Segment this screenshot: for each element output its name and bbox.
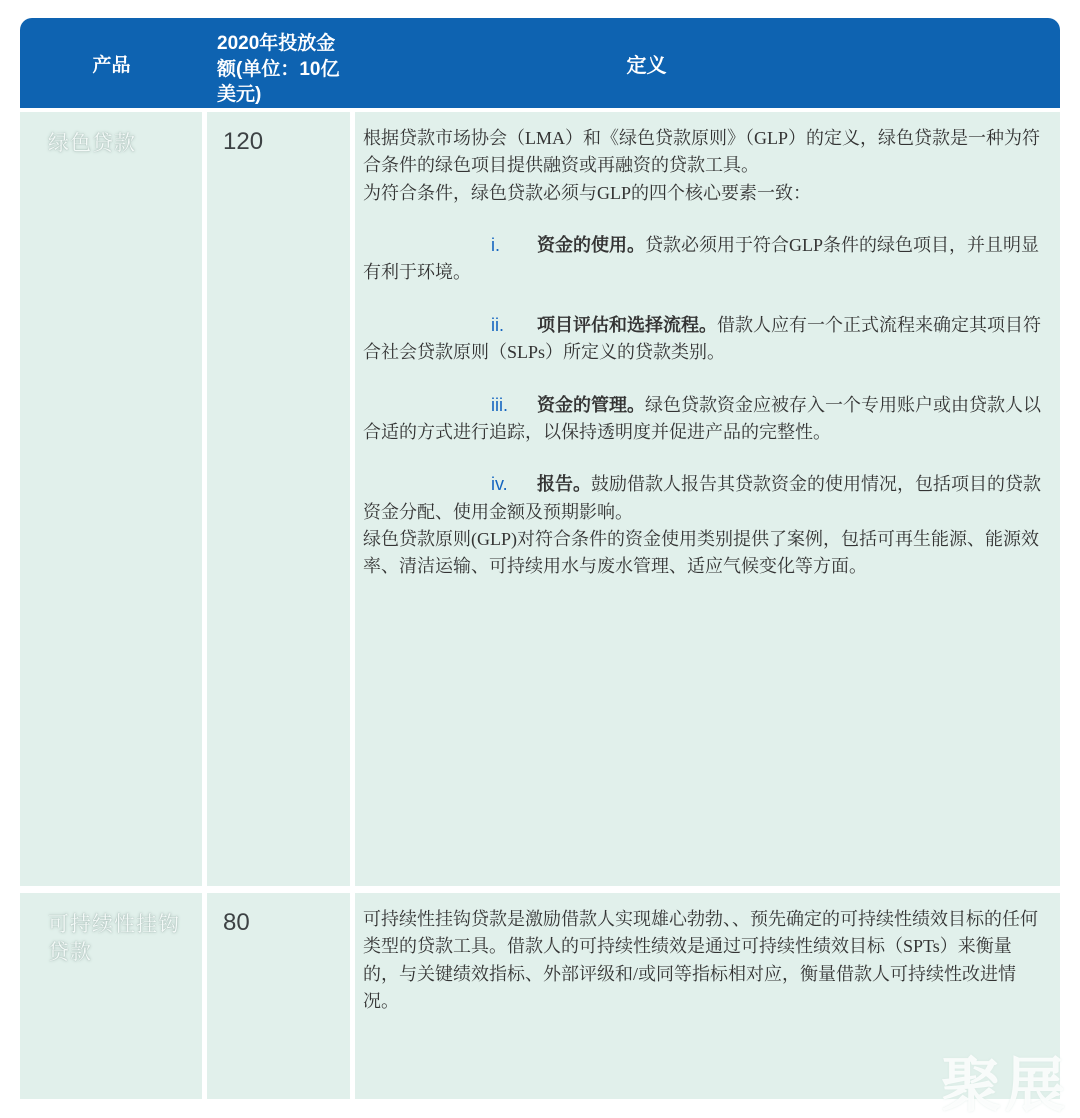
list-item: ii.项目评估和选择流程。借款人应有一个正式流程来确定其项目符合社会贷款原则（S… (363, 312, 1046, 367)
table-row-sustainability-linked-loan: 可持续性挂钩贷款 80 可持续性挂钩贷款是激励借款人实现雄心勃勃、、预先确定的可… (20, 893, 1060, 1099)
document: 产品 2020年投放金额(单位：10亿美元) 定义 绿色贷款 120 根据贷款市… (0, 0, 1080, 1118)
loan-products-table: 产品 2020年投放金额(单位：10亿美元) 定义 绿色贷款 120 根据贷款市… (20, 18, 1060, 1099)
amount-value: 80 (207, 893, 350, 1099)
list-item: iv.报告。鼓励借款人报告其贷款资金的使用情况，包括项目的贷款资金分配、使用金额… (363, 471, 1046, 526)
list-term: 资金的管理。 (537, 395, 645, 415)
definition-cell: 可持续性挂钩贷款是激励借款人实现雄心勃勃、、预先确定的可持续性绩效目标的任何类型… (355, 893, 1060, 1099)
header-cell-product: 产品 (20, 18, 203, 108)
amount-value: 120 (207, 112, 350, 886)
list-numeral: iii. (491, 392, 537, 419)
table-row-green-loan: 绿色贷款 120 根据贷款市场协会（LMA）和《绿色贷款原则》（GLP）的定义，… (20, 112, 1060, 886)
list-numeral: i. (491, 232, 537, 259)
definition-paragraph: 绿色贷款原则(GLP)对符合条件的资金使用类别提供了案例，包括可再生能源、能源效… (363, 526, 1046, 581)
list-item: i.资金的使用。贷款必须用于符合GLP条件的绿色项目，并且明显有利于环境。 (363, 232, 1046, 287)
table-header-row: 产品 2020年投放金额(单位：10亿美元) 定义 (20, 18, 1060, 108)
definition-paragraph: 可持续性挂钩贷款是激励借款人实现雄心勃勃、、预先确定的可持续性绩效目标的任何类型… (363, 906, 1046, 1015)
list-text: 贷款必须用于符合GLP条件的绿色项目，并且明显有利于环境。 (363, 235, 1039, 282)
product-name: 可持续性挂钩贷款 (20, 893, 202, 1099)
definition-paragraph: 为符合条件，绿色贷款必须与GLP的四个核心要素一致： (363, 180, 1046, 207)
list-numeral: ii. (491, 312, 537, 339)
list-term: 报告。 (537, 474, 591, 494)
list-text: 绿色贷款资金应被存入一个专用账户或由贷款人以合适的方式进行追踪，以保持透明度并促… (363, 395, 1041, 442)
definition-cell: 根据贷款市场协会（LMA）和《绿色贷款原则》（GLP）的定义，绿色贷款是一种为符… (355, 112, 1060, 886)
header-cell-amount: 2020年投放金额(单位：10亿美元) (203, 18, 353, 108)
list-term: 项目评估和选择流程。 (537, 315, 717, 335)
product-name: 绿色贷款 (20, 112, 202, 886)
list-text: 鼓励借款人报告其贷款资金的使用情况，包括项目的贷款资金分配、使用金额及预期影响。 (363, 474, 1041, 521)
list-term: 资金的使用。 (537, 235, 645, 255)
list-numeral: iv. (491, 471, 537, 498)
list-item: iii.资金的管理。绿色贷款资金应被存入一个专用账户或由贷款人以合适的方式进行追… (363, 392, 1046, 447)
definition-paragraph: 根据贷款市场协会（LMA）和《绿色贷款原则》（GLP）的定义，绿色贷款是一种为符… (363, 125, 1046, 180)
header-cell-definition: 定义 (353, 18, 1060, 108)
